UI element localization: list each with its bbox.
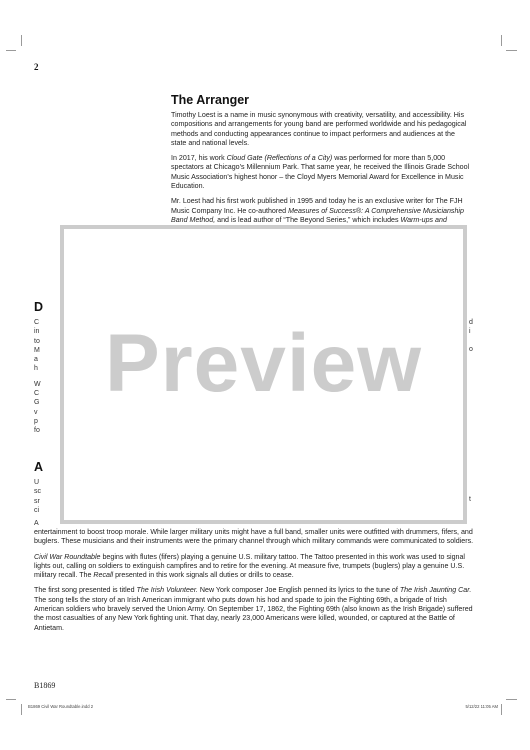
- fragment: W: [34, 380, 41, 389]
- crop-mark-top-left-h: [6, 50, 16, 51]
- body-paragraph-2: Civil War Roundtable begins with flutes …: [34, 553, 474, 581]
- crop-mark-top-left-v: [21, 35, 22, 46]
- fragment: a: [34, 355, 41, 364]
- crop-mark-bottom-left-h: [6, 699, 16, 700]
- crop-mark-top-right-v: [501, 35, 502, 46]
- text-run: The first song presented is titled: [34, 586, 137, 594]
- hidden-text-fragment-a: A: [34, 519, 39, 528]
- fragment: ci: [34, 506, 41, 515]
- crop-mark-top-right-h: [506, 50, 517, 51]
- fragment: M: [34, 346, 41, 355]
- page-number: 2: [34, 62, 39, 72]
- crop-mark-bottom-right-v: [501, 704, 502, 715]
- body-paragraph-3: The first song presented is titled The I…: [34, 586, 474, 632]
- hidden-text-fragments-2: U sc sr ci: [34, 478, 41, 515]
- song-title: The Irish Volunteer.: [137, 586, 198, 594]
- hidden-right-fragment: o: [469, 345, 473, 354]
- text-run: presented in this work signals all dutie…: [113, 571, 294, 579]
- fragment: in: [34, 327, 41, 336]
- fragment: U: [34, 478, 41, 487]
- hidden-right-fragment: t: [469, 495, 471, 504]
- fragment: fo: [34, 426, 41, 435]
- catalog-number: B1869: [34, 681, 55, 690]
- body-section: entertainment to boost troop morale. Whi…: [34, 528, 474, 639]
- hidden-heading-1-fragment: D: [34, 300, 43, 314]
- hidden-heading-2-fragment: A: [34, 460, 43, 474]
- song-title: The Irish Jaunting Car.: [400, 586, 472, 594]
- text-run: New York composer Joe English penned its…: [198, 586, 400, 594]
- arranger-paragraph-1: Timothy Loest is a name in music synonym…: [171, 111, 471, 148]
- fragment: G: [34, 398, 41, 407]
- arranger-paragraph-2: In 2017, his work Cloud Gate (Reflection…: [171, 154, 471, 191]
- fragment: p: [34, 417, 41, 426]
- fragment: v: [34, 408, 41, 417]
- crop-mark-bottom-left-v: [21, 704, 22, 715]
- hidden-right-fragment: d: [469, 318, 473, 327]
- arranger-section: Timothy Loest is a name in music synonym…: [171, 111, 471, 241]
- fragment: sr: [34, 497, 41, 506]
- print-slug-file: B1869 Civil War Roundtable.indd 2: [28, 704, 93, 709]
- print-slug-timestamp: 5/12/22 11:05 AM: [465, 704, 498, 709]
- text-run: and is lead author of “The Beyond Series…: [215, 216, 400, 224]
- preview-watermark-box: Preview: [60, 225, 467, 524]
- body-paragraph-1: entertainment to boost troop morale. Whi…: [34, 528, 474, 547]
- fragment: C: [34, 389, 41, 398]
- work-title: Civil War Roundtable: [34, 553, 101, 561]
- text-run: In 2017, his work: [171, 154, 227, 162]
- fragment: h: [34, 364, 41, 373]
- fragment: C: [34, 318, 41, 327]
- arranger-heading: The Arranger: [171, 93, 249, 107]
- hidden-text-fragments-1: C in to M a h W C G v p fo: [34, 318, 41, 436]
- fragment: to: [34, 337, 41, 346]
- hidden-right-fragment: i: [469, 327, 471, 336]
- crop-mark-bottom-right-h: [506, 699, 517, 700]
- text-run: The song tells the story of an Irish Ame…: [34, 596, 473, 632]
- work-title: Cloud Gate (Reflections of a City): [227, 154, 333, 162]
- preview-watermark-label: Preview: [64, 323, 463, 405]
- term: Recall: [93, 571, 113, 579]
- fragment: sc: [34, 487, 41, 496]
